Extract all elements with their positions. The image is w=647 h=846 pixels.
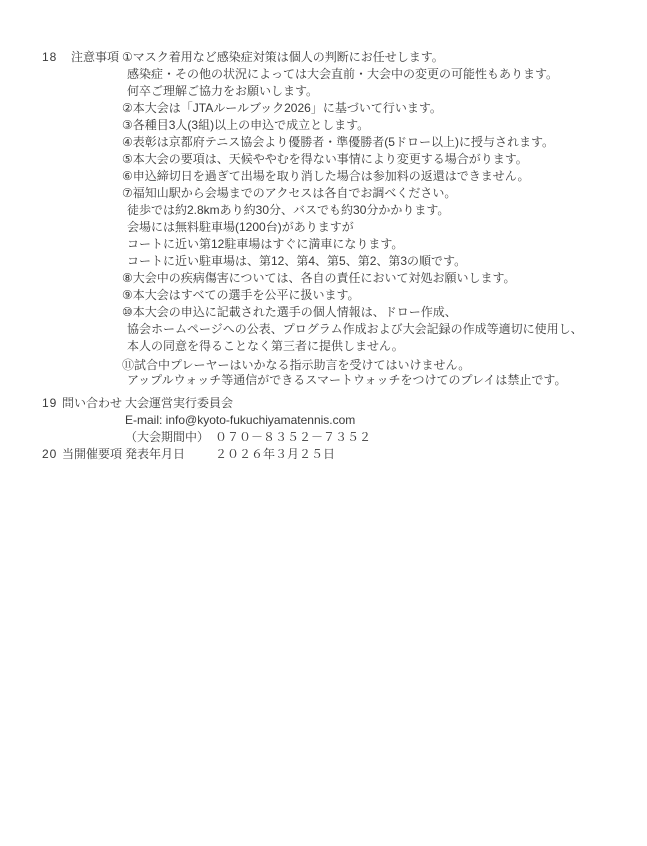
section-number: 20 <box>42 446 62 463</box>
section-announcement-head: 20 当開催要項 <box>0 446 125 463</box>
note-line: 本人の同意を得ることなく第三者に提供しません。 <box>122 338 647 355</box>
note-line: 会場には無料駐車場(1200台)がありますが <box>122 219 647 236</box>
section-precautions-head: 18 注意事項 <box>0 49 122 66</box>
section-contact-head: 19 問い合わせ <box>0 395 125 412</box>
note-line: コートに近い第12駐車場はすぐに満車になります。 <box>122 236 647 253</box>
section-contact-body: 大会運営実行委員会 E-mail: info@kyoto-fukuchiyama… <box>125 395 647 446</box>
note-line: ⑦福知山駅から会場までのアクセスは各自でお調べください。 <box>122 185 647 202</box>
note-line: 何卒ご理解ご協力をお願いします。 <box>122 83 647 100</box>
section-label: 問い合わせ <box>62 395 125 412</box>
note-line: コートに近い駐車場は、第12、第4、第5、第2、第3の順です。 <box>122 253 647 270</box>
note-line: ②本大会は「JTAルールブック2026」に基づいて行います。 <box>122 100 647 117</box>
note-line: 感染症・その他の状況によっては大会直前・大会中の変更の可能性もあります。 <box>122 66 647 83</box>
section-precautions: 18 注意事項 ①マスク着用など感染症対策は個人の判断にお任せします。 感染症・… <box>0 49 647 388</box>
contact-organization-line: 大会運営実行委員会 <box>125 395 647 412</box>
note-line: ⑩本大会の申込に記載された選手の個人情報は、ドロー作成、 <box>122 304 647 321</box>
section-contact: 19 問い合わせ 大会運営実行委員会 E-mail: info@kyoto-fu… <box>0 395 647 446</box>
document-page: 18 注意事項 ①マスク着用など感染症対策は個人の判断にお任せします。 感染症・… <box>0 0 647 463</box>
contact-phone-line: （大会期間中） ０７０－８３５２－７３５２ <box>125 429 647 446</box>
contact-email-line: E-mail: info@kyoto-fukuchiyamatennis.com <box>125 412 647 429</box>
announcement-date-field: 発表年月日 <box>125 447 185 461</box>
section-announcement: 20 当開催要項 発表年月日２０２６年３月２５日 <box>0 446 647 463</box>
note-line: 徒歩では約2.8kmあり約30分、バスでも約30分かかります。 <box>122 202 647 219</box>
announcement-date-value: ２０２６年３月２５日 <box>215 447 335 461</box>
section-number: 19 <box>42 395 62 412</box>
section-announcement-body: 発表年月日２０２６年３月２５日 <box>125 446 647 463</box>
note-line: ④表彰は京都府テニス協会より優勝者・準優勝者(5ドロー以上)に授与されます。 <box>122 134 647 151</box>
section-number: 18 <box>42 49 62 66</box>
note-line: ⑥申込締切日を過ぎて出場を取り消した場合は参加料の返還はできません。 <box>122 168 647 185</box>
note-line: ③各種目3人(3組)以上の申込で成立とします。 <box>122 117 647 134</box>
note-line: 協会ホームページへの公表、プログラム作成および大会記録の作成等適切に使用し、 <box>122 321 647 338</box>
note-line: アップルウォッチ等通信ができるスマートウォッチをつけてのプレイは禁止です。 <box>122 373 647 388</box>
section-precautions-body: ①マスク着用など感染症対策は個人の判断にお任せします。 感染症・その他の状況によ… <box>122 49 647 388</box>
announcement-date-line: 発表年月日２０２６年３月２５日 <box>125 446 647 463</box>
note-line: ⑧大会中の疾病傷害については、各自の責任において対処お願いします。 <box>122 270 647 287</box>
note-line: ⑤本大会の要項は、天候ややむを得ない事情により変更する場合がります。 <box>122 151 647 168</box>
note-line: ⑪試合中プレーヤーはいかなる指示助言を受けてはいけません。 <box>122 358 647 373</box>
section-label: 注意事項 <box>62 49 122 66</box>
note-line: ⑨本大会はすべての選手を公平に扱います。 <box>122 287 647 304</box>
note-line: ①マスク着用など感染症対策は個人の判断にお任せします。 <box>122 49 647 66</box>
section-label: 当開催要項 <box>62 446 125 463</box>
